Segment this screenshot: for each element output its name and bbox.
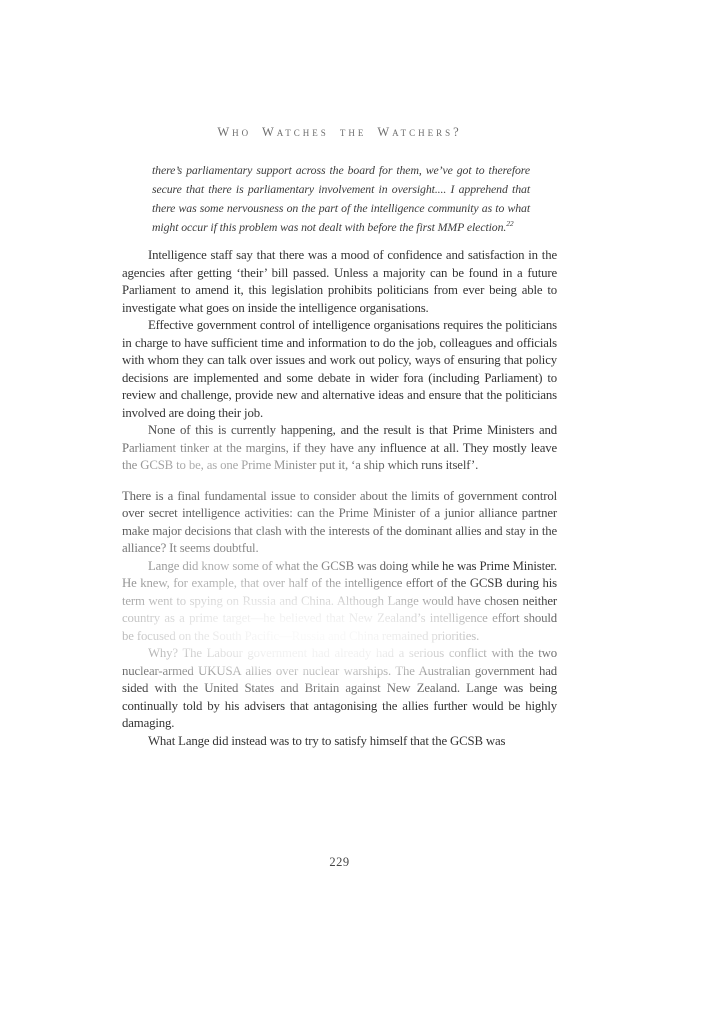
running-head: Who Watches the Watchers? <box>122 125 557 140</box>
block-quote-text: there’s parliamentary support across the… <box>152 163 530 234</box>
page-number: 229 <box>122 855 557 870</box>
book-page: Who Watches the Watchers? there’s parlia… <box>0 0 701 1023</box>
body-paragraph: Intelligence staff say that there was a … <box>122 247 557 317</box>
body-paragraph: What Lange did instead was to try to sat… <box>122 733 557 751</box>
body-text: Intelligence staff say that there was a … <box>122 247 557 750</box>
body-paragraph: There is a final fundamental issue to co… <box>122 488 557 558</box>
footnote-reference: 22 <box>506 219 513 228</box>
body-paragraph: Why? The Labour government had already h… <box>122 645 557 733</box>
body-paragraph: Lange did know some of what the GCSB was… <box>122 558 557 646</box>
block-quote: there’s parliamentary support across the… <box>152 161 530 237</box>
body-paragraph: Effective government control of intellig… <box>122 317 557 422</box>
body-paragraph: None of this is currently happening, and… <box>122 422 557 475</box>
